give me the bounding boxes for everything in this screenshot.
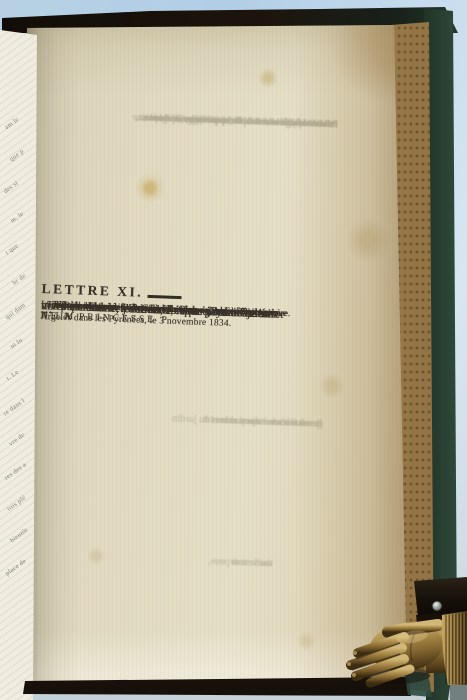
clasp-cuff	[442, 611, 467, 700]
edge-text-fragment: nt lu	[9, 337, 24, 350]
edge-text-fragment: des si	[3, 180, 20, 195]
edge-text-fragment: res des a	[3, 461, 27, 481]
hand-clasp	[338, 573, 467, 700]
fingertip	[352, 673, 356, 677]
clasp-screw	[432, 601, 442, 611]
edge-text-fragment: re dans l	[2, 397, 26, 417]
edge-text-fragment: vre de	[8, 431, 27, 447]
edge-text-fragment: que p	[8, 148, 25, 163]
edge-text-fragment: bientôt	[9, 527, 29, 545]
fingertip	[347, 662, 351, 666]
brass-hand	[347, 618, 450, 683]
edge-text-fragment: qui dam	[4, 302, 27, 321]
cuff-shadow	[450, 685, 467, 700]
edge-text-fragment: am le	[3, 116, 20, 131]
edge-text-fragment: t que	[4, 242, 20, 256]
edge-text-fragment: m, le	[9, 210, 25, 224]
book-photo: am le que p des si m, le t que br de qui…	[0, 0, 467, 700]
fingertip	[353, 651, 357, 655]
edge-text-fragment: br de	[11, 272, 27, 286]
edge-text-fragment: place de	[4, 558, 27, 578]
edge-text-fragment: t. Le	[5, 369, 20, 383]
edge-text-fragment: tois plé	[6, 494, 27, 512]
